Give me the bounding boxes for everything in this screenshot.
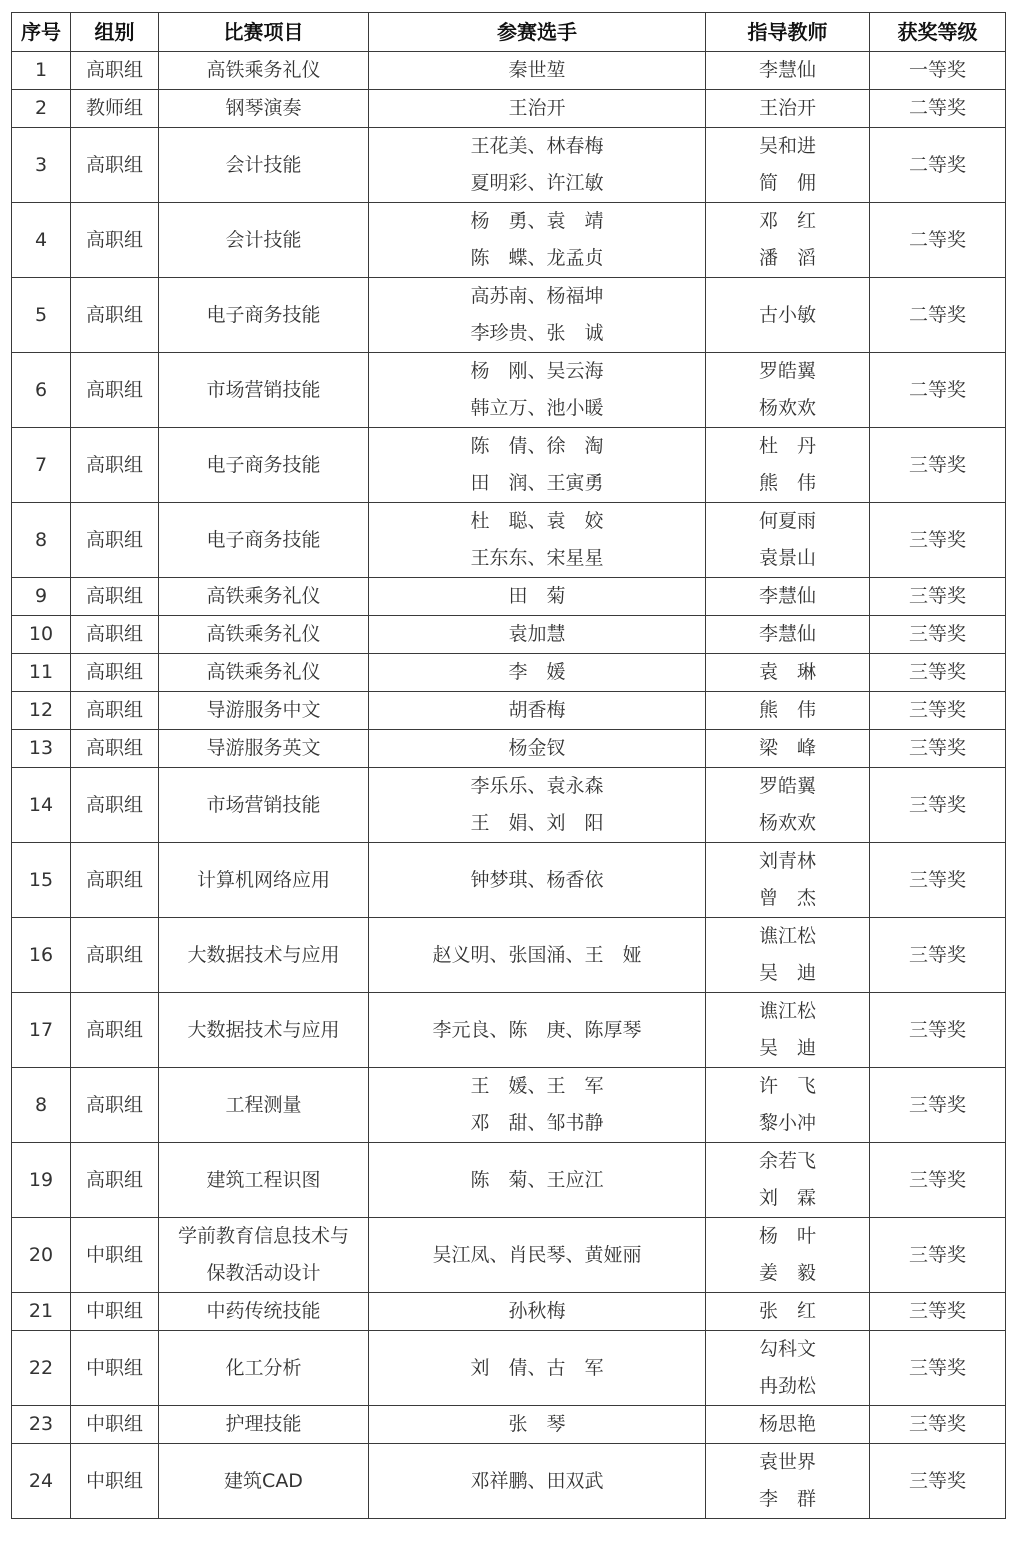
cell-teachers-line: 谯江松 [706, 918, 869, 955]
cell-event-line: 大数据技术与应用 [159, 937, 368, 974]
cell-serial-no: 24 [12, 1444, 71, 1519]
cell-event: 高铁乘务礼仪 [159, 52, 369, 90]
cell-award-level: 三等奖 [870, 578, 1006, 616]
cell-serial-no: 16 [12, 918, 71, 993]
cell-teachers: 张 红 [706, 1293, 870, 1331]
cell-serial-no: 19 [12, 1143, 71, 1218]
header-teachers: 指导教师 [706, 13, 870, 52]
cell-contestants-line: 李珍贵、张 诚 [369, 315, 705, 352]
cell-teachers-line: 罗皓翼 [706, 353, 869, 390]
cell-contestants-line: 陈 菊、王应江 [369, 1162, 705, 1199]
cell-event-line: 大数据技术与应用 [159, 1012, 368, 1049]
cell-award-level: 二等奖 [870, 278, 1006, 353]
cell-teachers-line: 曾 杰 [706, 880, 869, 917]
cell-group: 高职组 [71, 128, 159, 203]
table-row: 4高职组会计技能杨 勇、袁 靖陈 蝶、龙孟贞邓 红潘 滔二等奖 [12, 203, 1006, 278]
cell-event: 建筑工程识图 [159, 1143, 369, 1218]
cell-contestants-line: 王治开 [369, 90, 705, 127]
cell-contestants-line: 张 琴 [369, 1406, 705, 1443]
cell-event: 会计技能 [159, 128, 369, 203]
cell-group: 高职组 [71, 428, 159, 503]
cell-contestants: 杨 刚、吴云海韩立万、池小暖 [369, 353, 706, 428]
cell-contestants-line: 胡香梅 [369, 692, 705, 729]
cell-contestants-line: 田 菊 [369, 578, 705, 615]
cell-teachers-line: 杜 丹 [706, 428, 869, 465]
cell-event-line: 会计技能 [159, 147, 368, 184]
cell-group: 高职组 [71, 918, 159, 993]
cell-group: 高职组 [71, 578, 159, 616]
cell-event-line: 市场营销技能 [159, 372, 368, 409]
cell-award-level: 三等奖 [870, 1331, 1006, 1406]
cell-contestants-line: 吴江凤、肖民琴、黄娅丽 [369, 1237, 705, 1274]
cell-contestants: 陈 倩、徐 淘田 润、王寅勇 [369, 428, 706, 503]
cell-teachers-line: 杨欢欢 [706, 805, 869, 842]
cell-contestants-line: 陈 倩、徐 淘 [369, 428, 705, 465]
table-body: 1高职组高铁乘务礼仪秦世堃李慧仙一等奖2教师组钢琴演奏王治开王治开二等奖3高职组… [12, 52, 1006, 1519]
cell-contestants-line: 杜 聪、袁 姣 [369, 503, 705, 540]
cell-serial-no: 1 [12, 52, 71, 90]
cell-contestants-line: 韩立万、池小暖 [369, 390, 705, 427]
table-row: 8高职组电子商务技能杜 聪、袁 姣王东东、宋星星何夏雨袁景山三等奖 [12, 503, 1006, 578]
cell-event-line: 会计技能 [159, 222, 368, 259]
cell-teachers: 杨 叶姜 毅 [706, 1218, 870, 1293]
cell-group: 中职组 [71, 1331, 159, 1406]
cell-event-line: 建筑CAD [159, 1463, 368, 1500]
cell-teachers-line: 余若飞 [706, 1143, 869, 1180]
cell-teachers-line: 王治开 [706, 90, 869, 127]
cell-event: 会计技能 [159, 203, 369, 278]
cell-contestants: 吴江凤、肖民琴、黄娅丽 [369, 1218, 706, 1293]
cell-event-line: 导游服务中文 [159, 692, 368, 729]
cell-teachers: 袁 琳 [706, 654, 870, 692]
cell-contestants-line: 王东东、宋星星 [369, 540, 705, 577]
cell-event-line: 电子商务技能 [159, 522, 368, 559]
cell-teachers: 李慧仙 [706, 52, 870, 90]
cell-event-line: 电子商务技能 [159, 447, 368, 484]
cell-contestants-line: 王 娟、刘 阳 [369, 805, 705, 842]
cell-teachers-line: 刘 霖 [706, 1180, 869, 1217]
cell-contestants-line: 李 媛 [369, 654, 705, 691]
cell-contestants-line: 王 媛、王 军 [369, 1068, 705, 1105]
cell-teachers: 罗皓翼杨欢欢 [706, 768, 870, 843]
header-event: 比赛项目 [159, 13, 369, 52]
cell-serial-no: 13 [12, 730, 71, 768]
cell-teachers-line: 吴 迪 [706, 955, 869, 992]
table-row: 24中职组建筑CAD邓祥鹏、田双武袁世界李 群三等奖 [12, 1444, 1006, 1519]
cell-award-level: 二等奖 [870, 128, 1006, 203]
cell-group: 高职组 [71, 730, 159, 768]
cell-group: 高职组 [71, 1068, 159, 1143]
cell-teachers-line: 李 群 [706, 1481, 869, 1518]
cell-serial-no: 3 [12, 128, 71, 203]
table-row: 7高职组电子商务技能陈 倩、徐 淘田 润、王寅勇杜 丹熊 伟三等奖 [12, 428, 1006, 503]
cell-group: 中职组 [71, 1218, 159, 1293]
cell-contestants: 袁加慧 [369, 616, 706, 654]
cell-group: 高职组 [71, 353, 159, 428]
cell-group: 高职组 [71, 654, 159, 692]
cell-serial-no: 14 [12, 768, 71, 843]
cell-serial-no: 23 [12, 1406, 71, 1444]
cell-contestants: 王治开 [369, 90, 706, 128]
cell-teachers-line: 袁世界 [706, 1444, 869, 1481]
cell-contestants: 杜 聪、袁 姣王东东、宋星星 [369, 503, 706, 578]
cell-award-level: 三等奖 [870, 993, 1006, 1068]
cell-contestants: 杨金钗 [369, 730, 706, 768]
cell-contestants: 刘 倩、古 军 [369, 1331, 706, 1406]
table-row: 10高职组高铁乘务礼仪袁加慧李慧仙三等奖 [12, 616, 1006, 654]
cell-event: 大数据技术与应用 [159, 918, 369, 993]
cell-award-level: 三等奖 [870, 616, 1006, 654]
table-row: 19高职组建筑工程识图陈 菊、王应江余若飞刘 霖三等奖 [12, 1143, 1006, 1218]
cell-contestants: 孙秋梅 [369, 1293, 706, 1331]
cell-event: 导游服务中文 [159, 692, 369, 730]
cell-teachers: 王治开 [706, 90, 870, 128]
cell-event-line: 学前教育信息技术与 [159, 1218, 368, 1255]
cell-serial-no: 8 [12, 1068, 71, 1143]
cell-teachers-line: 吴 迪 [706, 1030, 869, 1067]
cell-serial-no: 21 [12, 1293, 71, 1331]
cell-contestants-line: 邓 甜、邹书静 [369, 1105, 705, 1142]
cell-event-line: 中药传统技能 [159, 1293, 368, 1330]
cell-contestants: 陈 菊、王应江 [369, 1143, 706, 1218]
cell-contestants-line: 赵义明、张国涌、王 娅 [369, 937, 705, 974]
cell-event: 工程测量 [159, 1068, 369, 1143]
header-contestants: 参赛选手 [369, 13, 706, 52]
cell-teachers-line: 邓 红 [706, 203, 869, 240]
cell-teachers: 谯江松吴 迪 [706, 918, 870, 993]
cell-teachers-line: 勾科文 [706, 1331, 869, 1368]
cell-contestants-line: 夏明彩、许江敏 [369, 165, 705, 202]
cell-group: 高职组 [71, 1143, 159, 1218]
cell-group: 中职组 [71, 1293, 159, 1331]
cell-award-level: 三等奖 [870, 768, 1006, 843]
cell-group: 中职组 [71, 1444, 159, 1519]
cell-teachers-line: 简 佣 [706, 165, 869, 202]
cell-event: 高铁乘务礼仪 [159, 654, 369, 692]
cell-teachers-line: 杨 叶 [706, 1218, 869, 1255]
cell-event-line: 工程测量 [159, 1087, 368, 1124]
cell-event-line: 高铁乘务礼仪 [159, 578, 368, 615]
cell-serial-no: 22 [12, 1331, 71, 1406]
cell-award-level: 三等奖 [870, 730, 1006, 768]
cell-contestants-line: 高苏南、杨福坤 [369, 278, 705, 315]
cell-teachers-line: 古小敏 [706, 297, 869, 334]
table-row: 13高职组导游服务英文杨金钗梁 峰三等奖 [12, 730, 1006, 768]
cell-teachers-line: 冉劲松 [706, 1368, 869, 1405]
cell-group: 高职组 [71, 993, 159, 1068]
cell-teachers-line: 许 飞 [706, 1068, 869, 1105]
cell-award-level: 三等奖 [870, 1143, 1006, 1218]
cell-teachers-line: 罗皓翼 [706, 768, 869, 805]
cell-teachers: 熊 伟 [706, 692, 870, 730]
cell-award-level: 三等奖 [870, 503, 1006, 578]
cell-event-line: 化工分析 [159, 1350, 368, 1387]
cell-event-line: 市场营销技能 [159, 787, 368, 824]
cell-teachers-line: 杨欢欢 [706, 390, 869, 427]
cell-award-level: 三等奖 [870, 843, 1006, 918]
table-header-row: 序号 组别 比赛项目 参赛选手 指导教师 获奖等级 [12, 13, 1006, 52]
cell-teachers: 袁世界李 群 [706, 1444, 870, 1519]
cell-teachers-line: 梁 峰 [706, 730, 869, 767]
cell-teachers: 何夏雨袁景山 [706, 503, 870, 578]
cell-event-line: 导游服务英文 [159, 730, 368, 767]
cell-contestants-line: 杨 刚、吴云海 [369, 353, 705, 390]
cell-contestants-line: 秦世堃 [369, 52, 705, 89]
cell-contestants: 杨 勇、袁 靖陈 蝶、龙孟贞 [369, 203, 706, 278]
cell-teachers-line: 刘青林 [706, 843, 869, 880]
cell-contestants-line: 杨金钗 [369, 730, 705, 767]
cell-award-level: 二等奖 [870, 203, 1006, 278]
cell-event: 大数据技术与应用 [159, 993, 369, 1068]
cell-serial-no: 2 [12, 90, 71, 128]
cell-event: 电子商务技能 [159, 278, 369, 353]
cell-contestants-line: 李元良、陈 庚、陈厚琴 [369, 1012, 705, 1049]
cell-contestants: 邓祥鹏、田双武 [369, 1444, 706, 1519]
cell-event-line: 建筑工程识图 [159, 1162, 368, 1199]
cell-event: 钢琴演奏 [159, 90, 369, 128]
cell-award-level: 三等奖 [870, 428, 1006, 503]
table-row: 17高职组大数据技术与应用李元良、陈 庚、陈厚琴谯江松吴 迪三等奖 [12, 993, 1006, 1068]
cell-contestants-line: 钟梦琪、杨香依 [369, 862, 705, 899]
cell-teachers: 李慧仙 [706, 616, 870, 654]
cell-award-level: 三等奖 [870, 918, 1006, 993]
cell-event-line: 计算机网络应用 [159, 862, 368, 899]
table-row: 5高职组电子商务技能高苏南、杨福坤李珍贵、张 诚古小敏二等奖 [12, 278, 1006, 353]
cell-teachers: 梁 峰 [706, 730, 870, 768]
cell-serial-no: 4 [12, 203, 71, 278]
cell-serial-no: 6 [12, 353, 71, 428]
cell-teachers-line: 熊 伟 [706, 692, 869, 729]
cell-event-line: 保教活动设计 [159, 1255, 368, 1292]
table-row: 11高职组高铁乘务礼仪李 媛袁 琳三等奖 [12, 654, 1006, 692]
cell-group: 中职组 [71, 1406, 159, 1444]
cell-teachers: 杨思艳 [706, 1406, 870, 1444]
cell-teachers-line: 谯江松 [706, 993, 869, 1030]
cell-contestants-line: 杨 勇、袁 靖 [369, 203, 705, 240]
cell-award-level: 二等奖 [870, 90, 1006, 128]
cell-event: 化工分析 [159, 1331, 369, 1406]
cell-contestants: 胡香梅 [369, 692, 706, 730]
cell-award-level: 三等奖 [870, 1293, 1006, 1331]
cell-group: 高职组 [71, 616, 159, 654]
cell-event: 电子商务技能 [159, 503, 369, 578]
header-award-level: 获奖等级 [870, 13, 1006, 52]
cell-event: 导游服务英文 [159, 730, 369, 768]
table-row: 16高职组大数据技术与应用赵义明、张国涌、王 娅谯江松吴 迪三等奖 [12, 918, 1006, 993]
cell-contestants-line: 王花美、林春梅 [369, 128, 705, 165]
cell-contestants-line: 孙秋梅 [369, 1293, 705, 1330]
table-row: 12高职组导游服务中文胡香梅熊 伟三等奖 [12, 692, 1006, 730]
cell-teachers-line: 黎小冲 [706, 1105, 869, 1142]
cell-event: 高铁乘务礼仪 [159, 578, 369, 616]
cell-contestants: 钟梦琪、杨香依 [369, 843, 706, 918]
cell-teachers-line: 袁 琳 [706, 654, 869, 691]
cell-serial-no: 9 [12, 578, 71, 616]
cell-group: 高职组 [71, 692, 159, 730]
table-row: 15高职组计算机网络应用钟梦琪、杨香依刘青林曾 杰三等奖 [12, 843, 1006, 918]
table-row: 2教师组钢琴演奏王治开王治开二等奖 [12, 90, 1006, 128]
cell-group: 高职组 [71, 843, 159, 918]
cell-teachers: 罗皓翼杨欢欢 [706, 353, 870, 428]
cell-teachers: 谯江松吴 迪 [706, 993, 870, 1068]
cell-teachers: 刘青林曾 杰 [706, 843, 870, 918]
cell-event: 电子商务技能 [159, 428, 369, 503]
cell-serial-no: 11 [12, 654, 71, 692]
cell-event: 护理技能 [159, 1406, 369, 1444]
cell-award-level: 三等奖 [870, 1218, 1006, 1293]
cell-contestants: 李元良、陈 庚、陈厚琴 [369, 993, 706, 1068]
cell-event: 市场营销技能 [159, 768, 369, 843]
cell-group: 高职组 [71, 503, 159, 578]
cell-award-level: 三等奖 [870, 692, 1006, 730]
table-row: 22中职组化工分析刘 倩、古 军勾科文冉劲松三等奖 [12, 1331, 1006, 1406]
cell-event: 市场营销技能 [159, 353, 369, 428]
cell-teachers-line: 李慧仙 [706, 616, 869, 653]
cell-serial-no: 20 [12, 1218, 71, 1293]
cell-contestants: 高苏南、杨福坤李珍贵、张 诚 [369, 278, 706, 353]
cell-group: 高职组 [71, 52, 159, 90]
cell-teachers-line: 潘 滔 [706, 240, 869, 277]
table-row: 6高职组市场营销技能杨 刚、吴云海韩立万、池小暖罗皓翼杨欢欢二等奖 [12, 353, 1006, 428]
cell-contestants: 王花美、林春梅夏明彩、许江敏 [369, 128, 706, 203]
cell-event: 高铁乘务礼仪 [159, 616, 369, 654]
cell-award-level: 二等奖 [870, 353, 1006, 428]
cell-serial-no: 8 [12, 503, 71, 578]
cell-teachers: 吴和进简 佣 [706, 128, 870, 203]
table-row: 9高职组高铁乘务礼仪田 菊李慧仙三等奖 [12, 578, 1006, 616]
cell-award-level: 三等奖 [870, 654, 1006, 692]
cell-teachers: 古小敏 [706, 278, 870, 353]
cell-teachers-line: 杨思艳 [706, 1406, 869, 1443]
header-serial-no: 序号 [12, 13, 71, 52]
cell-teachers: 杜 丹熊 伟 [706, 428, 870, 503]
table-row: 3高职组会计技能王花美、林春梅夏明彩、许江敏吴和进简 佣二等奖 [12, 128, 1006, 203]
cell-contestants: 李乐乐、袁永森王 娟、刘 阳 [369, 768, 706, 843]
cell-event-line: 电子商务技能 [159, 297, 368, 334]
table-row: 1高职组高铁乘务礼仪秦世堃李慧仙一等奖 [12, 52, 1006, 90]
cell-contestants-line: 刘 倩、古 军 [369, 1350, 705, 1387]
cell-award-level: 三等奖 [870, 1406, 1006, 1444]
cell-contestants: 王 媛、王 军邓 甜、邹书静 [369, 1068, 706, 1143]
cell-contestants-line: 邓祥鹏、田双武 [369, 1463, 705, 1500]
cell-event-line: 高铁乘务礼仪 [159, 616, 368, 653]
cell-award-level: 三等奖 [870, 1444, 1006, 1519]
cell-event-line: 高铁乘务礼仪 [159, 52, 368, 89]
cell-contestants: 李 媛 [369, 654, 706, 692]
table-row: 14高职组市场营销技能李乐乐、袁永森王 娟、刘 阳罗皓翼杨欢欢三等奖 [12, 768, 1006, 843]
cell-event: 学前教育信息技术与保教活动设计 [159, 1218, 369, 1293]
table-row: 20中职组学前教育信息技术与保教活动设计吴江凤、肖民琴、黄娅丽杨 叶姜 毅三等奖 [12, 1218, 1006, 1293]
awards-table: 序号 组别 比赛项目 参赛选手 指导教师 获奖等级 1高职组高铁乘务礼仪秦世堃李… [11, 12, 1006, 1519]
cell-teachers-line: 张 红 [706, 1293, 869, 1330]
cell-event-line: 钢琴演奏 [159, 90, 368, 127]
cell-contestants: 田 菊 [369, 578, 706, 616]
cell-serial-no: 7 [12, 428, 71, 503]
cell-event: 建筑CAD [159, 1444, 369, 1519]
cell-teachers: 邓 红潘 滔 [706, 203, 870, 278]
cell-teachers-line: 李慧仙 [706, 52, 869, 89]
cell-event-line: 高铁乘务礼仪 [159, 654, 368, 691]
cell-event-line: 护理技能 [159, 1406, 368, 1443]
cell-contestants-line: 陈 蝶、龙孟贞 [369, 240, 705, 277]
cell-contestants: 秦世堃 [369, 52, 706, 90]
cell-teachers-line: 何夏雨 [706, 503, 869, 540]
cell-serial-no: 5 [12, 278, 71, 353]
cell-serial-no: 12 [12, 692, 71, 730]
cell-contestants-line: 李乐乐、袁永森 [369, 768, 705, 805]
cell-group: 高职组 [71, 278, 159, 353]
cell-teachers: 余若飞刘 霖 [706, 1143, 870, 1218]
cell-teachers: 勾科文冉劲松 [706, 1331, 870, 1406]
cell-teachers: 李慧仙 [706, 578, 870, 616]
cell-group: 高职组 [71, 203, 159, 278]
table-row: 23中职组护理技能张 琴杨思艳三等奖 [12, 1406, 1006, 1444]
cell-serial-no: 15 [12, 843, 71, 918]
cell-serial-no: 10 [12, 616, 71, 654]
cell-teachers-line: 袁景山 [706, 540, 869, 577]
cell-serial-no: 17 [12, 993, 71, 1068]
cell-group: 高职组 [71, 768, 159, 843]
cell-contestants-line: 袁加慧 [369, 616, 705, 653]
table-row: 8高职组工程测量王 媛、王 军邓 甜、邹书静许 飞黎小冲三等奖 [12, 1068, 1006, 1143]
cell-teachers: 许 飞黎小冲 [706, 1068, 870, 1143]
cell-teachers-line: 熊 伟 [706, 465, 869, 502]
cell-award-level: 一等奖 [870, 52, 1006, 90]
cell-teachers-line: 姜 毅 [706, 1255, 869, 1292]
cell-event: 中药传统技能 [159, 1293, 369, 1331]
cell-contestants: 赵义明、张国涌、王 娅 [369, 918, 706, 993]
cell-event: 计算机网络应用 [159, 843, 369, 918]
cell-award-level: 三等奖 [870, 1068, 1006, 1143]
header-group: 组别 [71, 13, 159, 52]
cell-contestants: 张 琴 [369, 1406, 706, 1444]
cell-group: 教师组 [71, 90, 159, 128]
cell-contestants-line: 田 润、王寅勇 [369, 465, 705, 502]
cell-teachers-line: 李慧仙 [706, 578, 869, 615]
table-row: 21中职组中药传统技能孙秋梅张 红三等奖 [12, 1293, 1006, 1331]
cell-teachers-line: 吴和进 [706, 128, 869, 165]
